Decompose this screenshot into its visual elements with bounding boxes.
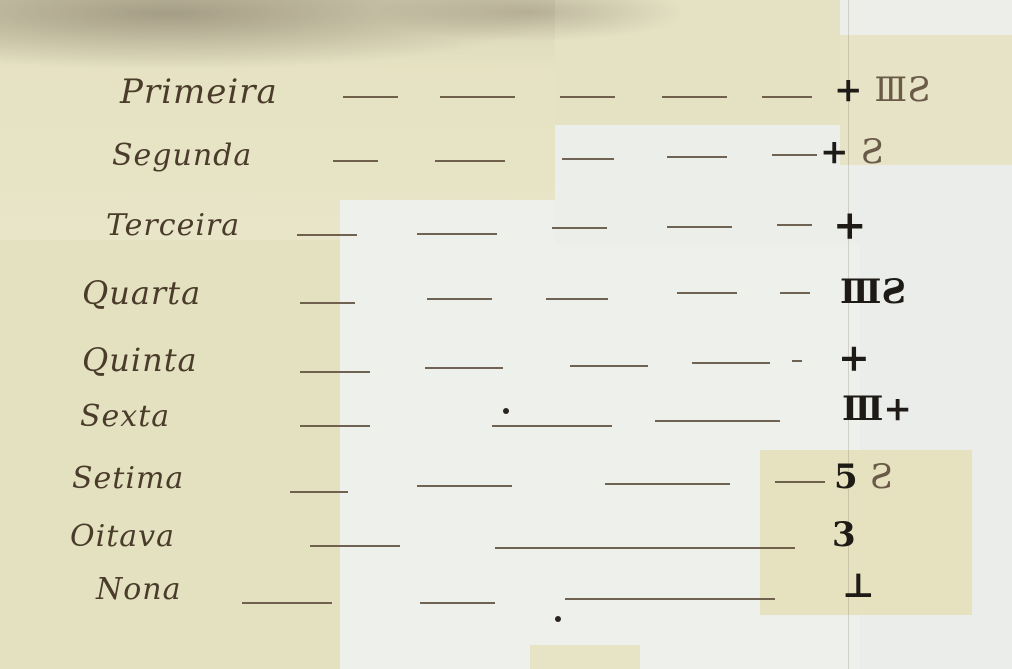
leader-dash: [775, 481, 825, 483]
cipher-mark: 5 Ƨ: [834, 457, 893, 497]
row-label: Quarta: [82, 274, 201, 312]
leader-dash: [290, 491, 348, 493]
list-row-3: Terceira +: [0, 200, 1012, 256]
paper-repair-region: [840, 0, 1012, 36]
leader-dash: [300, 425, 370, 427]
list-row-4: Quarta ⅢƧ: [0, 268, 1012, 324]
leader-dash: [242, 602, 332, 604]
leader-dash: [552, 227, 607, 229]
leader-dash: [440, 96, 515, 98]
leader-dash: [667, 156, 727, 158]
cipher-mark: +: [838, 335, 870, 380]
row-label: Terceira: [106, 208, 240, 243]
leader-dash: [777, 224, 812, 226]
cipher-mark: + ⅢƧ: [834, 70, 930, 110]
leader-dash: [546, 298, 608, 300]
water-stain: [380, 0, 680, 40]
paper-aged-region: [530, 645, 640, 669]
cipher-mark: Ⅲ+: [842, 389, 912, 429]
row-label: Sexta: [80, 399, 170, 434]
leader-dash: [495, 547, 795, 549]
leader-dash: [562, 158, 614, 160]
leader-dash: [300, 371, 370, 373]
cipher-mark: ⊥: [842, 566, 875, 606]
leader-dash: [570, 365, 648, 367]
leader-dash: [560, 96, 615, 98]
leader-dash: [300, 302, 355, 304]
row-label: Nona: [96, 572, 182, 607]
list-row-8: Oitava 3: [0, 515, 1012, 571]
list-row-1: Primeira + ⅢƧ: [0, 64, 1012, 120]
row-label: Segunda: [112, 138, 252, 173]
cipher-mark: ⅢƧ: [840, 272, 906, 312]
leader-dash: [762, 96, 812, 98]
row-label: Setima: [72, 461, 184, 496]
leader-dash: [333, 160, 378, 162]
ink-blot: [555, 616, 561, 622]
leader-dash: [772, 154, 817, 156]
leader-dash: [417, 233, 497, 235]
leader-dash: [605, 483, 730, 485]
leader-dash: [427, 298, 492, 300]
leader-dash: [655, 420, 780, 422]
cipher-mark: + Ƨ: [820, 132, 884, 172]
leader-dash: [692, 362, 770, 364]
list-row-7: Setima 5 Ƨ: [0, 455, 1012, 511]
leader-dash: [297, 234, 357, 236]
leader-dash: [565, 598, 775, 600]
leader-dash: [792, 360, 802, 362]
leader-dash: [425, 367, 503, 369]
list-row-5: Quinta +: [0, 335, 1012, 391]
leader-dash: [420, 602, 495, 604]
leader-dash: [310, 545, 400, 547]
leader-dash: [662, 96, 727, 98]
cipher-mark: +: [833, 202, 867, 249]
leader-dash: [677, 292, 737, 294]
leader-dash: [492, 425, 612, 427]
leader-dash: [343, 96, 398, 98]
ink-blot: [503, 408, 509, 414]
row-label: Primeira: [120, 72, 278, 112]
manuscript-page: Primeira + ⅢƧ Segunda + Ƨ Terceira + Qua…: [0, 0, 1012, 669]
leader-dash: [435, 160, 505, 162]
list-row-6: Sexta Ⅲ+: [0, 395, 1012, 451]
row-label: Quinta: [82, 341, 198, 379]
row-label: Oitava: [70, 519, 175, 554]
cipher-mark: 3: [832, 515, 856, 555]
list-row-2: Segunda + Ƨ: [0, 130, 1012, 186]
leader-dash: [780, 292, 810, 294]
leader-dash: [667, 226, 732, 228]
leader-dash: [417, 485, 512, 487]
list-row-9: Nona ⊥: [0, 568, 1012, 624]
